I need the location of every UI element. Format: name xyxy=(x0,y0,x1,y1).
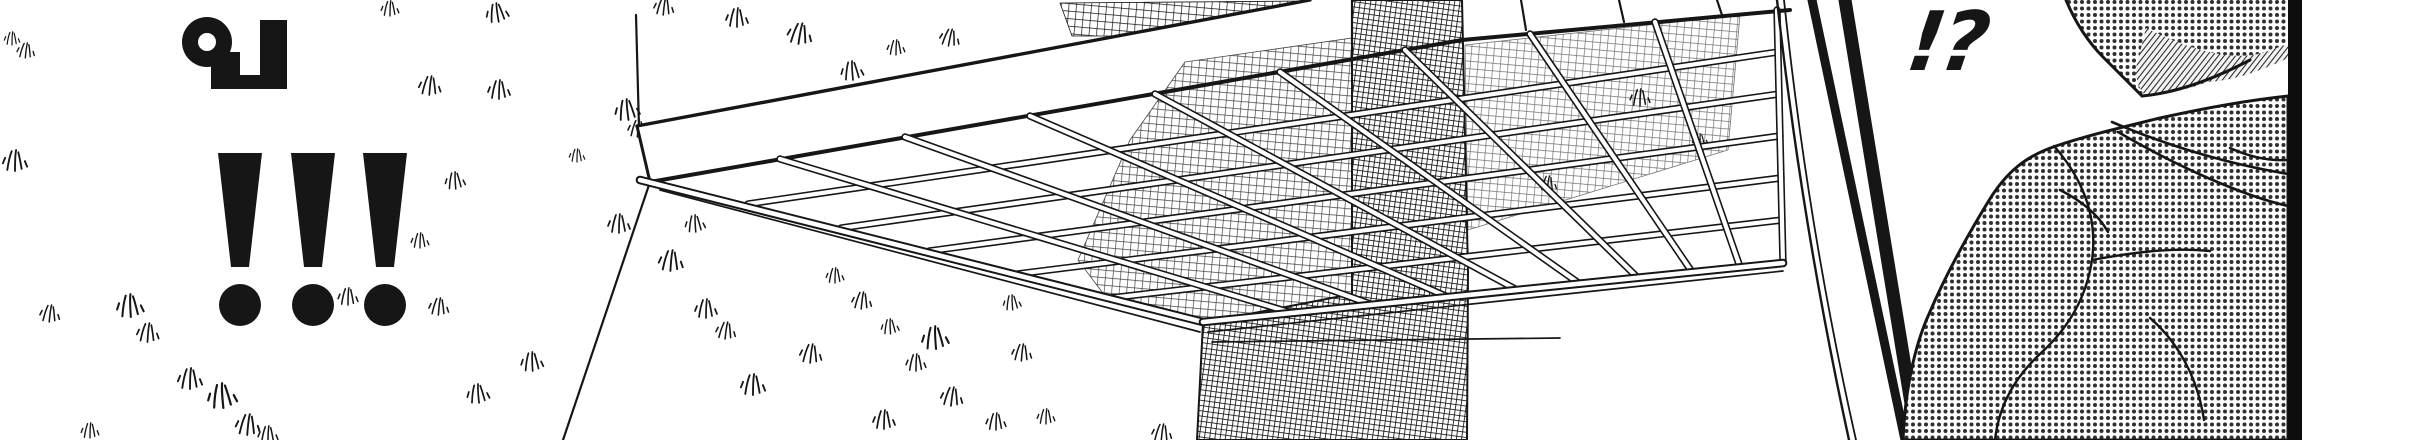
manga-panel: !? xyxy=(0,0,2415,440)
manga-panel-artwork xyxy=(0,0,2415,440)
sfx-triple-exclaim xyxy=(218,153,407,326)
panel-border-bar xyxy=(2288,0,2302,440)
sfx-interrobang-text: !? xyxy=(1902,2,1990,84)
